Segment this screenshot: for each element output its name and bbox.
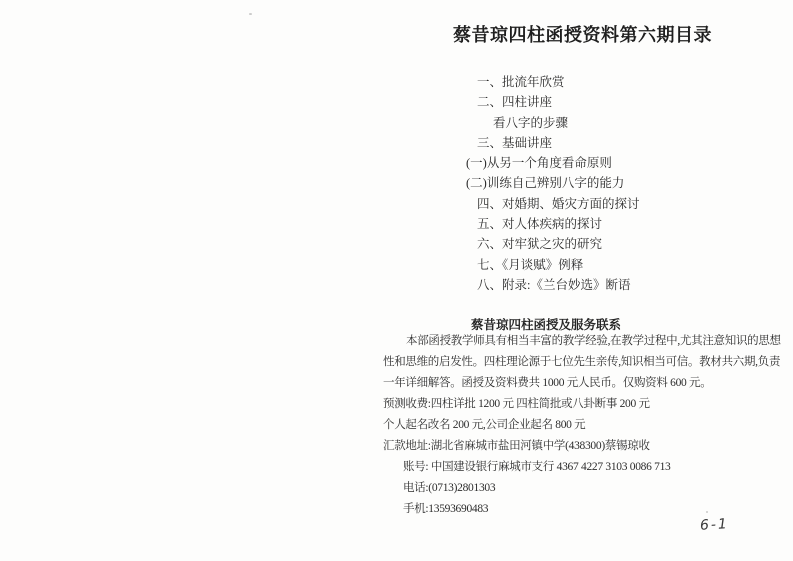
toc-list: 一、批流年欣赏 二、四柱讲座 看八字的步骤 三、基础讲座 (一)从另一个角度看命…	[477, 72, 640, 295]
toc-item: 八、附录:《兰台妙选》断语	[477, 275, 640, 295]
scanned-document-page: 蔡昔琼四柱函授资料第六期目录 一、批流年欣赏 二、四柱讲座 看八字的步骤 三、基…	[0, 0, 793, 561]
scan-speck	[706, 511, 708, 513]
contact-section-body: 本部函授教学师具有相当丰富的教学经验,在教学过程中,尤其注意知识的思想 性和思维…	[383, 331, 781, 520]
toc-subitem: 看八字的步骤	[493, 113, 640, 133]
toc-item: 六、对牢狱之灾的研究	[477, 234, 640, 254]
scan-speck	[249, 13, 252, 15]
contact-phone-line: 电话:(0713)2801303	[403, 478, 781, 499]
contact-paragraph-line: 一年详细解答。函授及资料费共 1000 元人民币。仅购资料 600 元。	[383, 373, 781, 394]
page-title: 蔡昔琼四柱函授资料第六期目录	[453, 21, 712, 47]
toc-item: 五、对人体疾病的探讨	[477, 214, 640, 234]
toc-item: 四、对婚期、婚灾方面的探讨	[477, 194, 640, 214]
toc-subitem: (一)从另一个角度看命原则	[466, 153, 640, 173]
toc-item: 一、批流年欣赏	[477, 72, 640, 92]
contact-paragraph-line: 性和思维的启发性。四柱理论源于七位先生亲传,知识相当可信。教材共六期,负责	[383, 352, 781, 373]
toc-item: 二、四柱讲座	[477, 92, 640, 112]
toc-subitem: (二)训练自己辨别八字的能力	[466, 173, 640, 193]
contact-address-line: 汇款地址:湖北省麻城市盐田河镇中学(438300)蔡锡琼收	[383, 436, 781, 457]
handwritten-page-number: 6-1	[700, 516, 730, 533]
contact-paragraph-line: 本部函授教学师具有相当丰富的教学经验,在教学过程中,尤其注意知识的思想	[383, 331, 781, 352]
toc-item: 七、《月谈赋》例释	[477, 255, 640, 275]
contact-fee-line: 个人起名改名 200 元,公司企业起名 800 元	[383, 415, 781, 436]
contact-account-line: 账号: 中国建设银行麻城市支行 4367 4227 3103 0086 713	[403, 457, 781, 478]
toc-item: 三、基础讲座	[477, 133, 640, 153]
contact-fee-line: 预测收费:四柱详批 1200 元 四柱简批或八卦断事 200 元	[383, 394, 781, 415]
